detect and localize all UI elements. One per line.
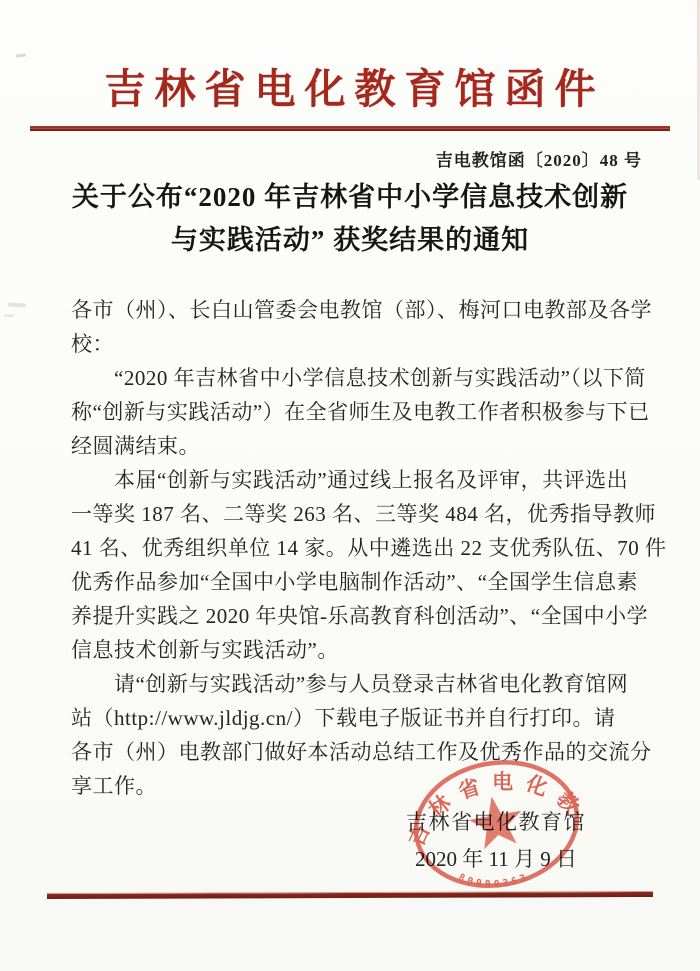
body-line: 一等奖 187 名、二等奖 263 名、三等奖 484 名，优秀指导教师	[71, 497, 656, 531]
document-title-line-1: 关于公布“2020 年吉林省中小学信息技术创新	[0, 176, 700, 219]
signature-org: 吉林省电化教育馆	[402, 806, 590, 836]
scan-artifact	[4, 314, 14, 317]
body-line: 享工作。	[71, 769, 656, 803]
document-title-line-2: 与实践活动” 获奖结果的通知	[0, 219, 700, 262]
body-line: 优秀作品参加“全国中小学电脑制作活动”、“全国学生信息素	[71, 565, 656, 599]
body-line: 校：	[71, 327, 656, 361]
document-ref-number: 吉电教馆函〔2020〕48 号	[436, 146, 642, 171]
letterhead-title: 吉林省电化教育馆函件	[0, 56, 700, 115]
signature-date: 2020 年 11 月 9 日	[402, 843, 590, 873]
body-line: 养提升实践之 2020 年央馆-乐高教育科创活动”、“全国中小学	[71, 599, 656, 633]
body-line: 称“创新与实践活动”）在全省师生及电教工作者积极参与下已	[71, 395, 656, 429]
scan-artifact	[8, 302, 26, 307]
document-title: 关于公布“2020 年吉林省中小学信息技术创新 与实践活动” 获奖结果的通知	[0, 176, 700, 262]
letter-body: 各市（州）、长白山管委会电教馆（部）、梅河口电教部及各学 校： “2020 年吉…	[71, 293, 656, 803]
body-line: 41 名、优秀组织单位 14 家。从中遴选出 22 支优秀队伍、70 件	[71, 531, 656, 565]
body-line: 各市（州）、长白山管委会电教馆（部）、梅河口电教部及各学	[71, 293, 656, 327]
letterhead-rule	[30, 126, 670, 131]
body-line: 本届“创新与实践活动”通过线上报名及评审，共评选出	[71, 463, 656, 497]
body-line: 信息技术创新与实践活动”。	[71, 633, 656, 667]
body-line: “2020 年吉林省中小学信息技术创新与实践活动”（以下简	[71, 361, 656, 395]
footer-rule	[47, 891, 653, 899]
body-line: 经圆满结束。	[71, 429, 656, 463]
scanned-letter-page: 吉林省电化教育馆函件 吉电教馆函〔2020〕48 号 关于公布“2020 年吉林…	[0, 0, 700, 971]
body-line: 各市（州）电教部门做好本活动总结工作及优秀作品的交流分	[71, 735, 656, 769]
body-line: 站（http://www.jldjg.cn/）下载电子版证书并自行打印。请	[71, 701, 656, 735]
body-line: 请“创新与实践活动”参与人员登录吉林省电化教育馆网	[71, 667, 656, 701]
